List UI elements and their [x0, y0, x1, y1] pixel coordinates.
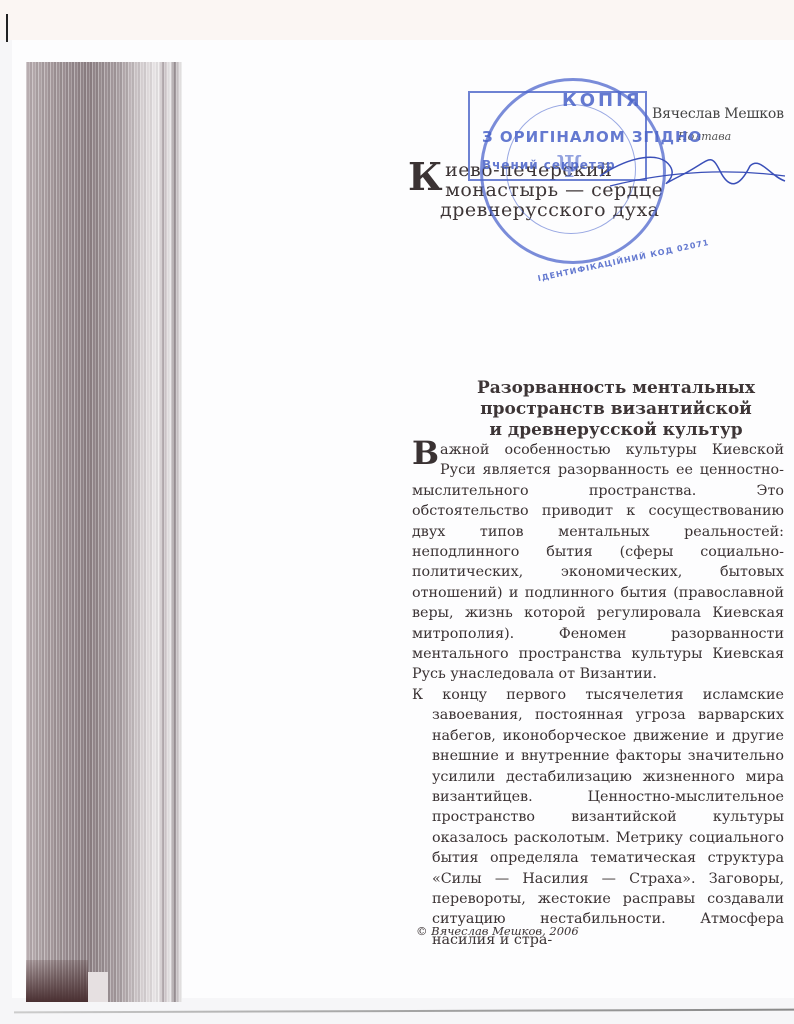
- copyright-notice: © Вячеслав Мешков, 2006: [416, 924, 579, 938]
- paragraph-2: К концу первого тысячелетия исламские за…: [412, 685, 784, 950]
- stamp-original-label: З ОРИГІНАЛОМ ЗГІДНО: [482, 128, 702, 146]
- heading-line-2: пространств византийской: [446, 399, 786, 420]
- paragraph-1: В ажной особенностью культуры Киевской Р…: [412, 440, 784, 685]
- scan-shadow-dark-patch: [26, 960, 88, 1002]
- heading-line-1: Разорванность ментальных: [446, 378, 786, 399]
- scan-top-strip: [0, 0, 794, 40]
- scan-shadow-bar: [26, 62, 182, 1002]
- scan-shadow-gap: [88, 972, 108, 1002]
- paragraph-1-text: ажной особенностью культуры Киевской Рус…: [412, 442, 784, 682]
- page-bottom-edge: [14, 1009, 794, 1014]
- heading-line-3: и древнерусской культур: [446, 420, 786, 441]
- title-dropcap: К: [408, 160, 443, 194]
- signature-icon: [590, 146, 790, 196]
- section-heading: Разорванность ментальных пространств виз…: [446, 378, 786, 441]
- paragraph-dropcap: В: [412, 440, 439, 466]
- scan-edge-mark: [6, 14, 8, 42]
- article-body: В ажной особенностью культуры Киевской Р…: [412, 440, 784, 950]
- author-name: Вячеслав Мешков: [652, 106, 784, 122]
- stamp-copy-label: КОПІЯ: [562, 90, 643, 111]
